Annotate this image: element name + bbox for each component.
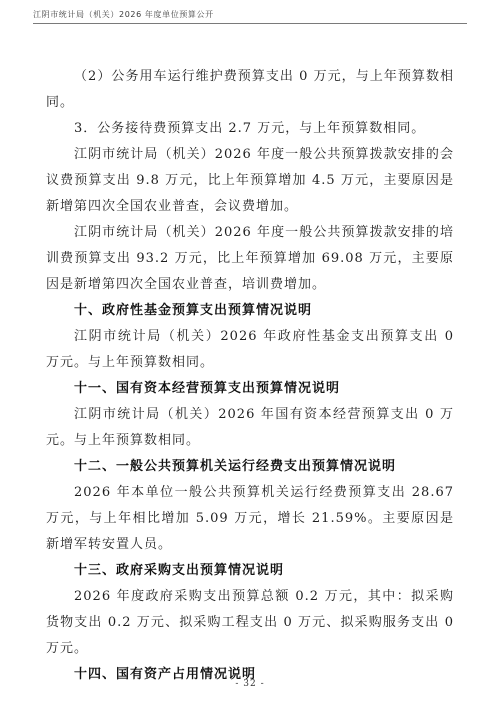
section-heading-13: 十三、政府采购支出预算情况说明 [46, 558, 454, 584]
section-heading-12: 十二、一般公共预算机关运行经费支出预算情况说明 [46, 454, 454, 480]
section-heading-11: 十一、国有资本经营预算支出预算情况说明 [46, 376, 454, 402]
document-header-title: 江阴市统计局（机关）2026 年度单位预算公开 [33, 10, 214, 19]
document-body: （2）公务用车运行维护费预算支出 0 万元，与上年预算数相同。 3．公务接待费预… [46, 64, 454, 688]
paragraph-operating-expense: 2026 年本单位一般公共预算机关运行经费预算支出 28.67 万元，与上年相比… [46, 480, 454, 558]
section-heading-10: 十、政府性基金预算支出预算情况说明 [46, 298, 454, 324]
paragraph-procurement: 2026 年度政府采购支出预算总额 0.2 万元，其中：拟采购货物支出 0.2 … [46, 584, 454, 662]
paragraph-training-fee: 江阴市统计局（机关）2026 年度一般公共预算拨款安排的培训费预算支出 93.2… [46, 220, 454, 298]
paragraph-meeting-fee: 江阴市统计局（机关）2026 年度一般公共预算拨款安排的会议费预算支出 9.8 … [46, 142, 454, 220]
page-footer: - 32 - [0, 679, 500, 689]
page-header: 江阴市统计局（机关）2026 年度单位预算公开 [33, 0, 467, 24]
page-number: - 32 - [235, 679, 264, 689]
paragraph-state-capital: 江阴市统计局（机关）2026 年国有资本经营预算支出 0 万元。与上年预算数相同… [46, 402, 454, 454]
paragraph-government-fund: 江阴市统计局（机关）2026 年政府性基金支出预算支出 0 万元。与上年预算数相… [46, 324, 454, 376]
budget-document-page: 江阴市统计局（机关）2026 年度单位预算公开 （2）公务用车运行维护费预算支出… [0, 0, 500, 707]
paragraph-vehicle-maintenance: （2）公务用车运行维护费预算支出 0 万元，与上年预算数相同。 [46, 64, 454, 116]
paragraph-official-reception: 3．公务接待费预算支出 2.7 万元，与上年预算数相同。 [46, 116, 454, 142]
